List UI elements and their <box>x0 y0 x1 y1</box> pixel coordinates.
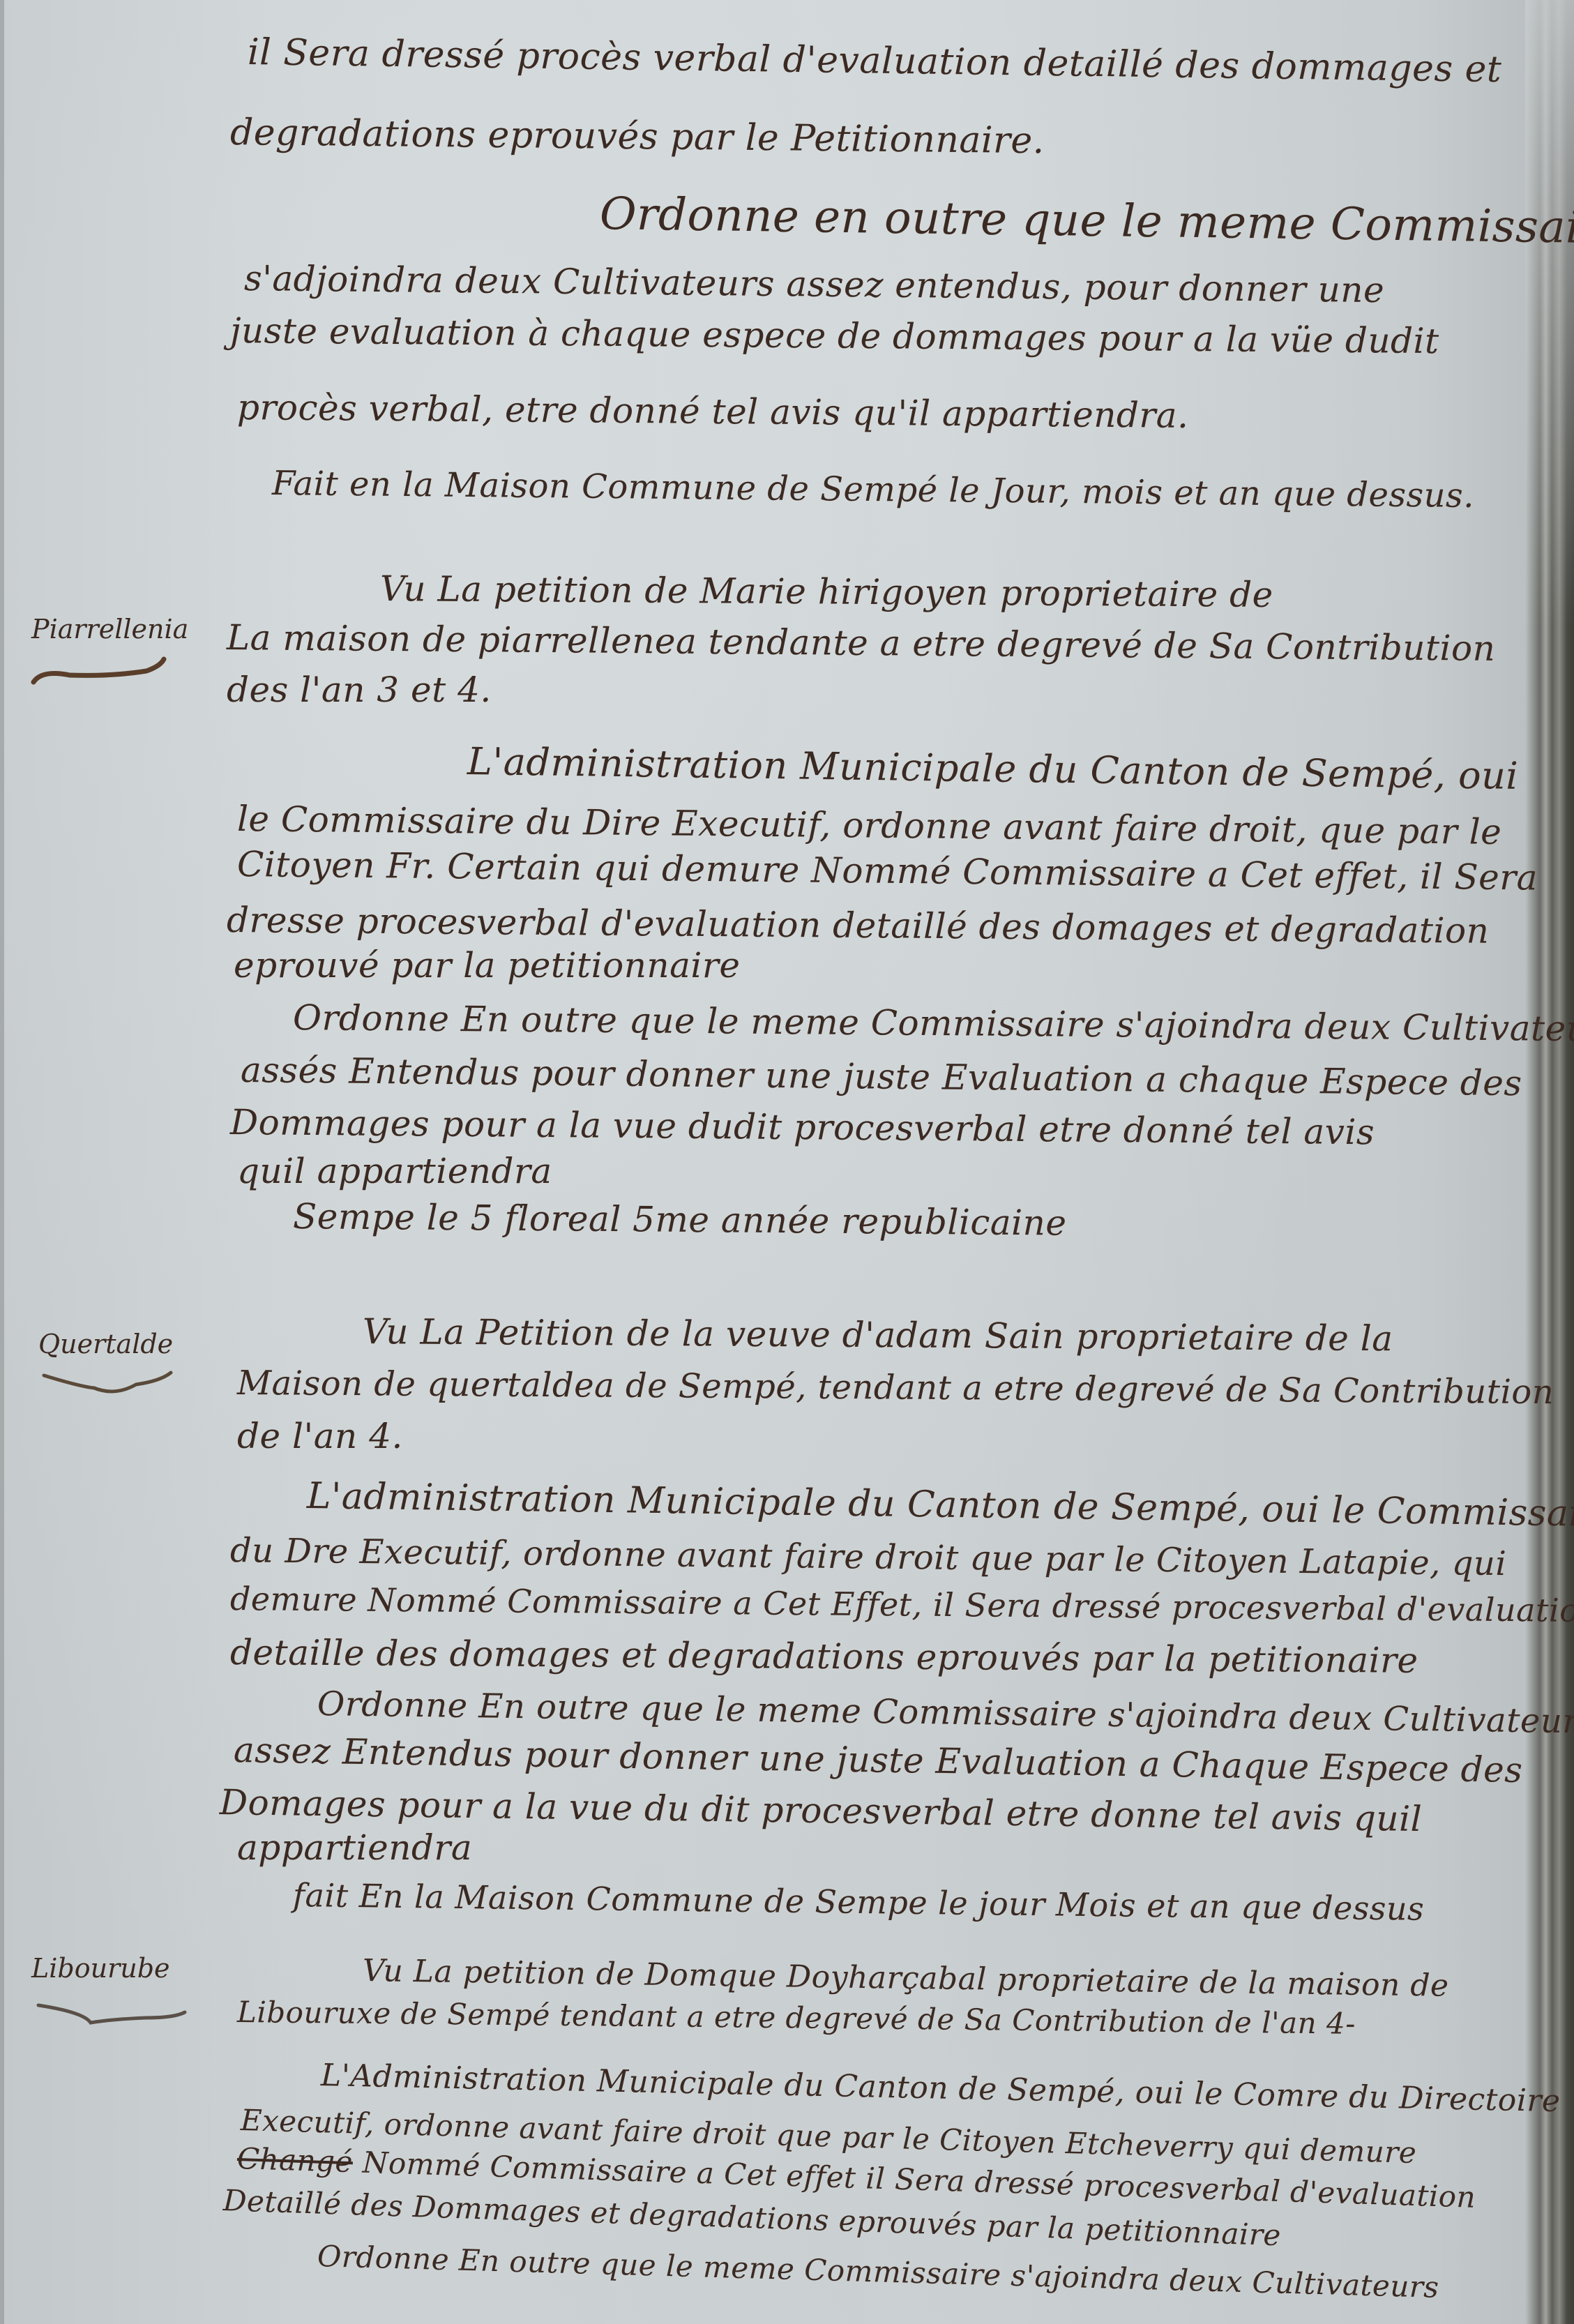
order-heading: Ordonne en outre que le meme Commissaire <box>599 188 1574 255</box>
text-line: degradations eprouvés par le Petitionnai… <box>230 112 1045 162</box>
margin-note-piarrellenia: Piarrellenia <box>31 614 188 644</box>
margin-flourish <box>28 656 167 691</box>
text-line: Vu La Petition de la veuve d'adam Sain p… <box>363 1311 1393 1359</box>
text-line: Vu La petition de Marie hirigoyen propri… <box>380 568 1273 615</box>
text-line: Libouruxe de Sempé tendant a etre degrev… <box>237 1995 1356 2041</box>
text-line: assés Entendus pour donner une juste Eva… <box>241 1050 1522 1103</box>
page-left-edge <box>0 0 4 2324</box>
text-line: le Commissaire du Dire Executif, ordonne… <box>237 799 1502 852</box>
text-line: demure Nommé Commissaire a Cet Effet, il… <box>230 1580 1574 1629</box>
text-line: il Sera dressé procès verbal d'evaluatio… <box>248 31 1502 91</box>
text-line: dresse procesverbal d'evaluation detaill… <box>227 900 1490 951</box>
text-line: Citoyen Fr. Certain qui demure Nommé Com… <box>237 844 1538 898</box>
admin-heading: L'administration Municipale du Canton de… <box>307 1475 1574 1535</box>
text-line: de l'an 4. <box>237 1416 403 1456</box>
text-line: appartiendra <box>237 1827 472 1868</box>
text-line: procès verbal, etre donné tel avis qu'il… <box>237 387 1189 436</box>
text-line: juste evaluation à chaque espece de domm… <box>230 310 1439 361</box>
text-line: quil appartiendra <box>237 1151 552 1191</box>
text-line: Maison de quertaldea de Sempé, tendant a… <box>237 1364 1554 1412</box>
text-line: Vu La petition de Domque Doyharçabal pro… <box>363 1953 1449 2004</box>
closing-line: Sempe le 5 floreal 5me année republicain… <box>293 1196 1067 1244</box>
margin-note-libourube: Libourube <box>31 1953 170 1984</box>
margin-flourish <box>35 1998 188 2033</box>
spine-highlight <box>1525 0 1574 628</box>
admin-heading: L'administration Municipale du Canton de… <box>467 739 1519 798</box>
register-page: il Sera dressé procès verbal d'evaluatio… <box>0 0 1574 2324</box>
text-line: eprouvé par la petitionnaire <box>234 945 740 986</box>
text-line: Ordonne En outre que le meme Commissaire… <box>317 1684 1574 1742</box>
text-line: Ordonne En outre que le meme Commissaire… <box>293 997 1574 1050</box>
text-line: du Dre Executif, ordonne avant faire dro… <box>230 1531 1507 1583</box>
margin-flourish <box>38 1367 178 1402</box>
text-line: La maison de piarrellenea tendante a etr… <box>227 617 1496 669</box>
closing-line: fait En la Maison Commune de Sempe le jo… <box>293 1876 1425 1928</box>
text-line: detaille des domages et degradations epr… <box>230 1632 1418 1681</box>
margin-note-quertalde: Quertalde <box>38 1329 173 1359</box>
text-line: s'adjoindra deux Cultivateurs assez ente… <box>244 258 1385 310</box>
struck-word: Changé <box>236 2141 353 2179</box>
text-line: Dommages pour a la vue dudit procesverba… <box>230 1102 1375 1152</box>
closing-line: Fait en la Maison Commune de Sempé le Jo… <box>272 464 1475 515</box>
text-line: des l'an 3 et 4. <box>227 670 492 710</box>
text-line: assez Entendus pour donner une juste Eva… <box>234 1730 1523 1790</box>
